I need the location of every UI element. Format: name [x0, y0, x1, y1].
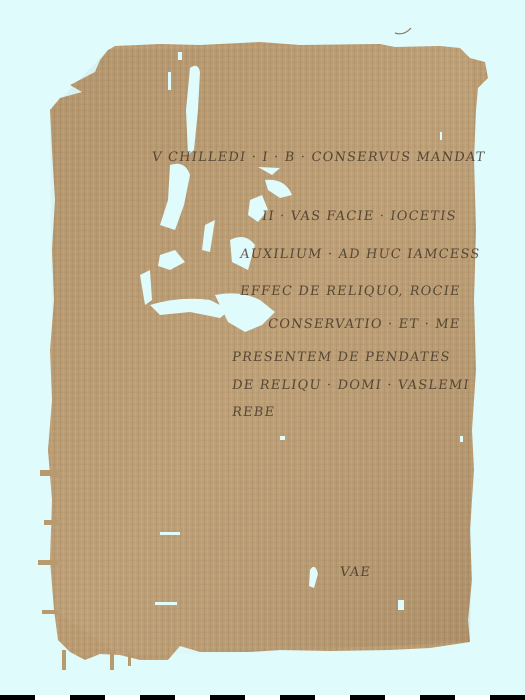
- ruler-segment: [455, 695, 490, 700]
- ruler-segment: [385, 695, 420, 700]
- ruler-segment: [315, 695, 350, 700]
- ruler-segment: [140, 695, 175, 700]
- ruler-segment: [350, 695, 385, 700]
- ruler-segment: [175, 695, 210, 700]
- ruler-segment: [280, 695, 315, 700]
- ruler-segment: [210, 695, 245, 700]
- papyrus-photo: V chilledi · I · B · conservus mandat ii…: [0, 0, 525, 700]
- stray-fiber: [395, 28, 411, 34]
- ruler-segment: [105, 695, 140, 700]
- ruler-segment: [245, 695, 280, 700]
- ruler-segment: [0, 695, 35, 700]
- ruler-segment: [35, 695, 70, 700]
- scale-ruler: [0, 695, 525, 700]
- ruler-segment: [490, 695, 525, 700]
- ruler-segment: [70, 695, 105, 700]
- ruler-segment: [420, 695, 455, 700]
- papyrus-fragment: [0, 0, 525, 700]
